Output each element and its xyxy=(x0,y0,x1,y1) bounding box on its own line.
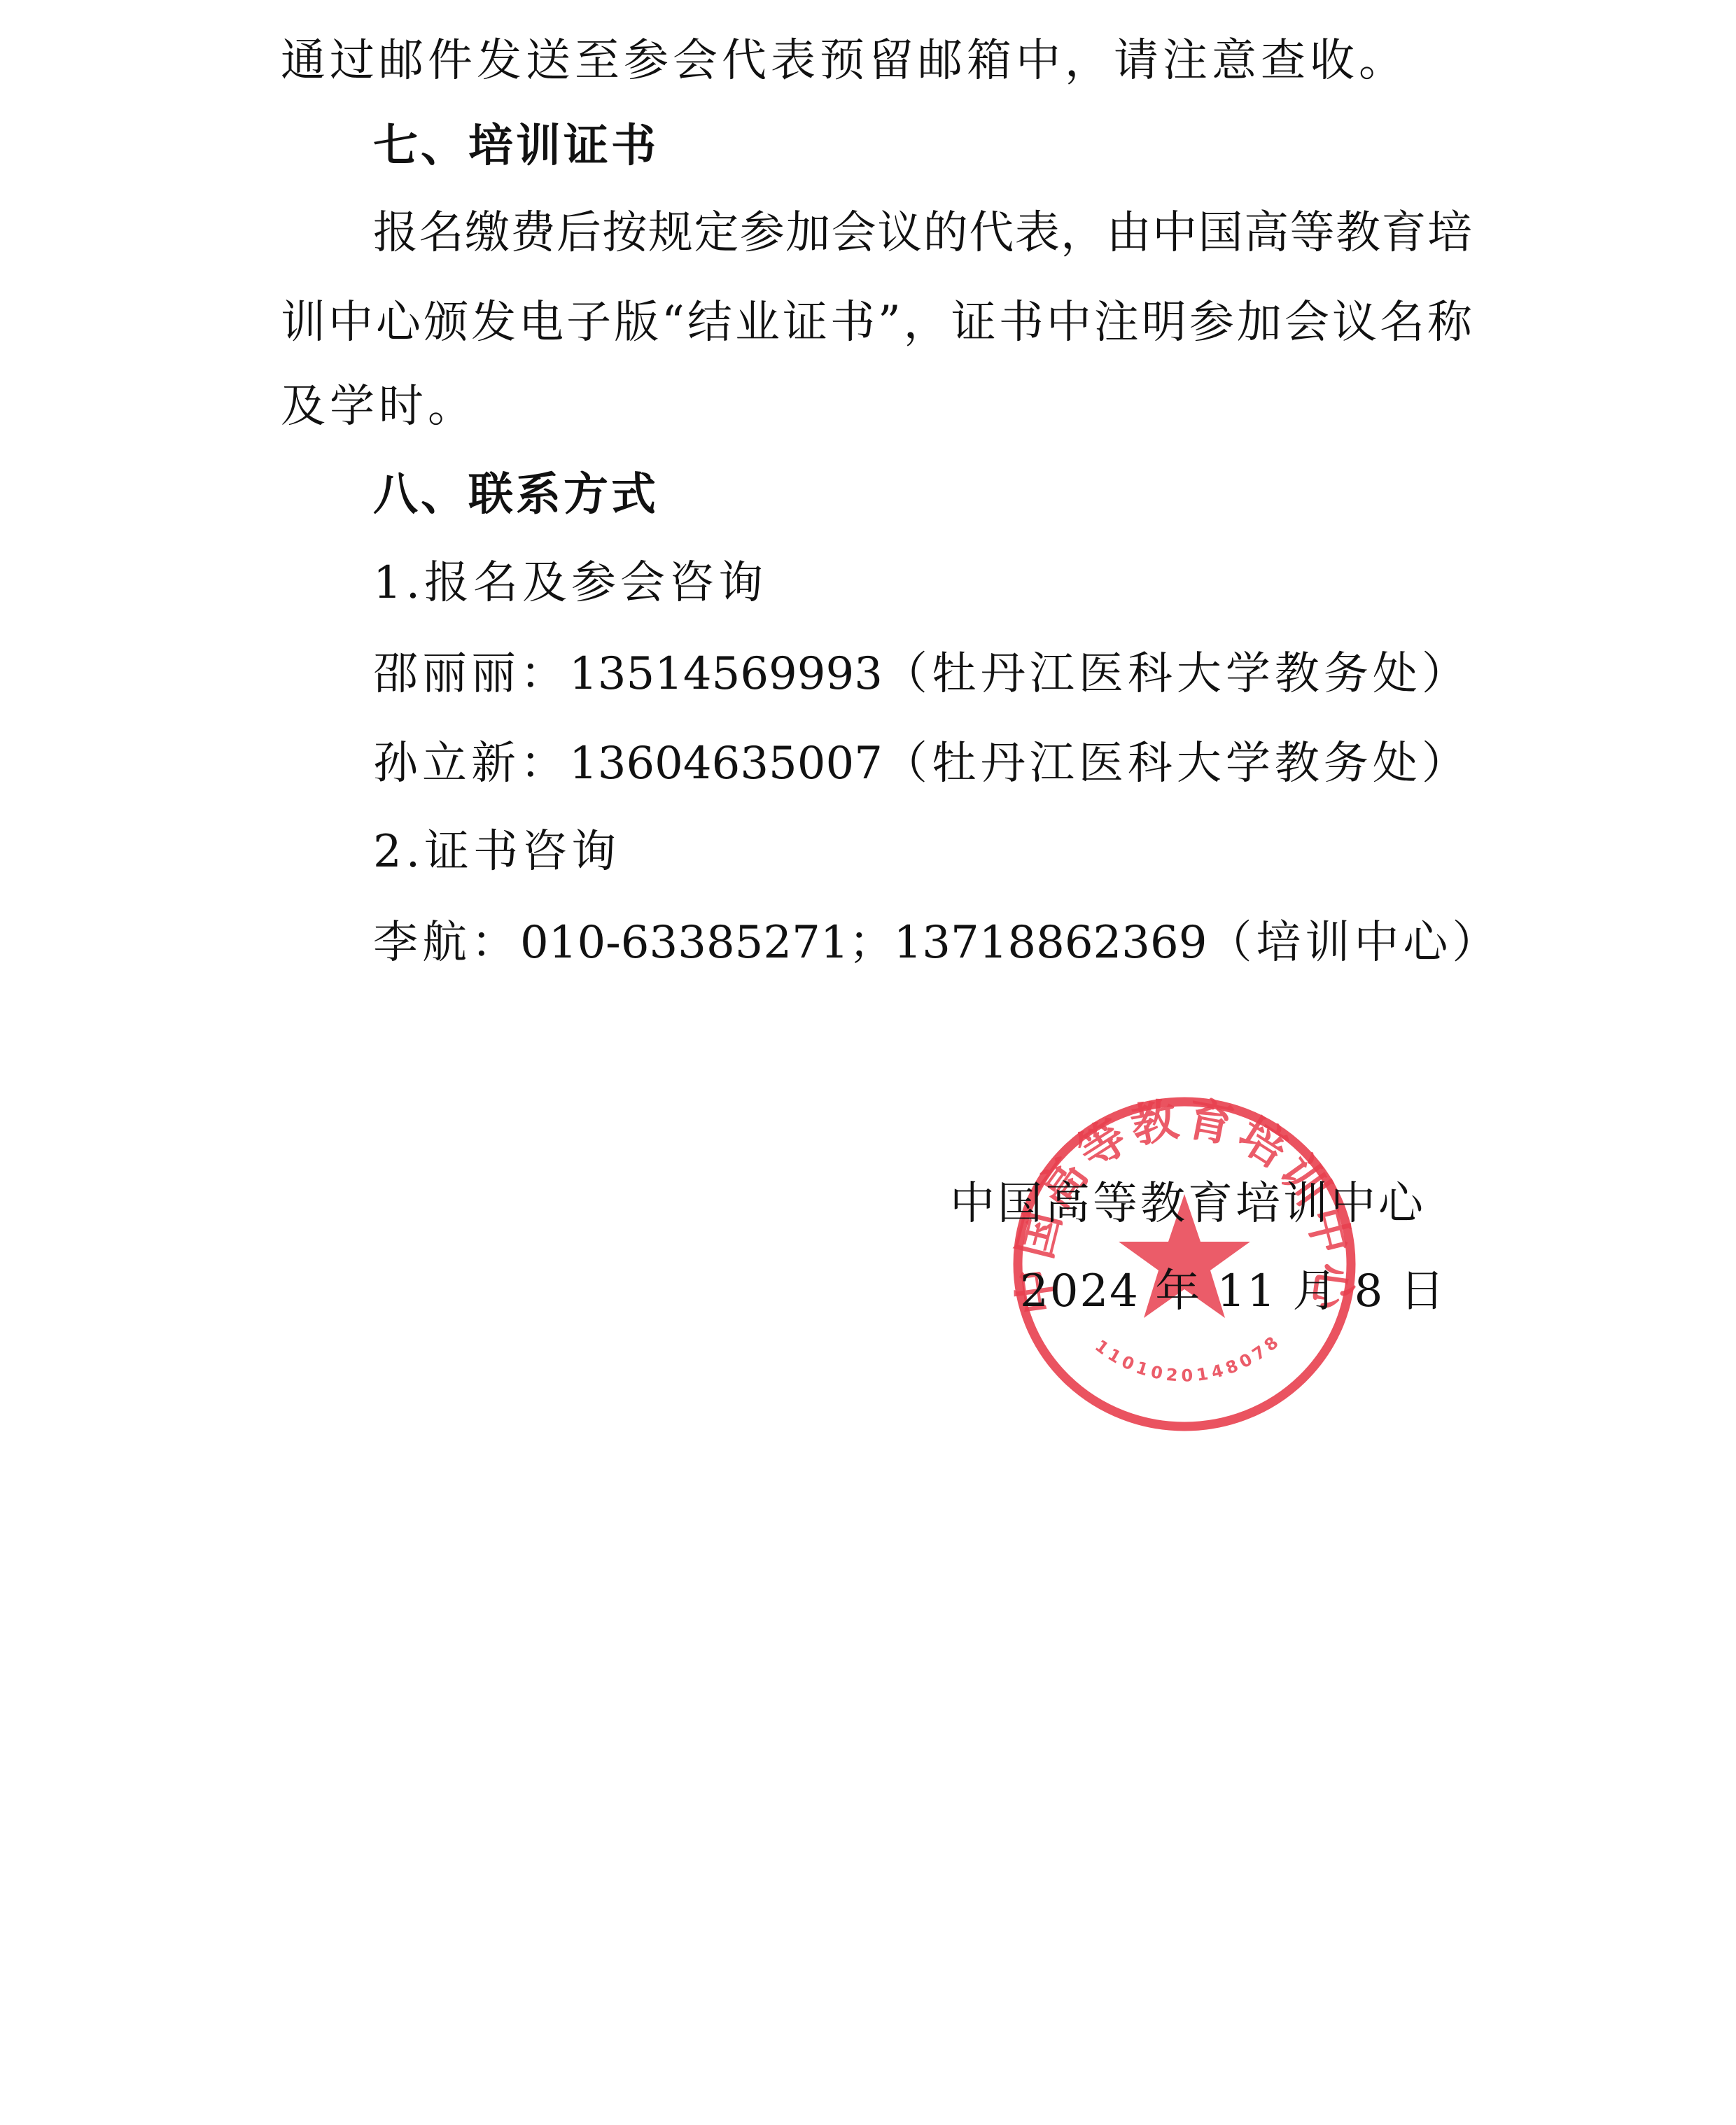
contact-org: （牡丹江医科大学教务处） xyxy=(883,648,1471,700)
section8-heading: 八、联系方式 xyxy=(373,467,659,523)
contact-row: 邵丽丽：13514569993（牡丹江医科大学教务处） xyxy=(373,646,1471,702)
signature-date: 2024 年 11 月 8 日 xyxy=(1020,1263,1446,1319)
section7-heading: 七、培训证书 xyxy=(373,118,659,174)
contact-org: （牡丹江医科大学教务处） xyxy=(883,738,1471,790)
section7-paragraph-line2: 训中心颁发电子版“结业证书”，证书中注明参加会议名称 xyxy=(281,295,1472,351)
contact-phone: 13514569993 xyxy=(569,648,883,700)
contact-name: 李航： xyxy=(373,917,520,969)
contact-name: 邵丽丽： xyxy=(373,648,569,700)
section7-paragraph-line1: 报名缴费后按规定参加会议的代表，由中国高等教育培 xyxy=(373,205,1472,261)
contact-phone: 13604635007 xyxy=(569,738,883,790)
contact-row: 孙立新：13604635007（牡丹江医科大学教务处） xyxy=(373,736,1471,792)
contact-row: 李航：010-63385271；13718862369（培训中心） xyxy=(373,915,1501,971)
contact-name: 孙立新： xyxy=(373,738,569,790)
continuation-line: 通过邮件发送至参会代表预留邮箱中，请注意查收。 xyxy=(281,33,1408,89)
contact-org: （培训中心） xyxy=(1207,917,1501,969)
svg-text:1101020148078: 1101020148078 xyxy=(1091,1330,1285,1385)
signature-organization: 中国高等教育培训中心 xyxy=(950,1176,1426,1232)
seal-serial: 1101020148078 xyxy=(1091,1330,1285,1385)
contact-phone: 010-63385271；13718862369 xyxy=(520,917,1207,969)
sub1-title: 1.报名及参会咨询 xyxy=(373,555,767,611)
sub2-title: 2.证书咨询 xyxy=(373,824,620,880)
section7-paragraph-line3: 及学时。 xyxy=(281,379,477,435)
